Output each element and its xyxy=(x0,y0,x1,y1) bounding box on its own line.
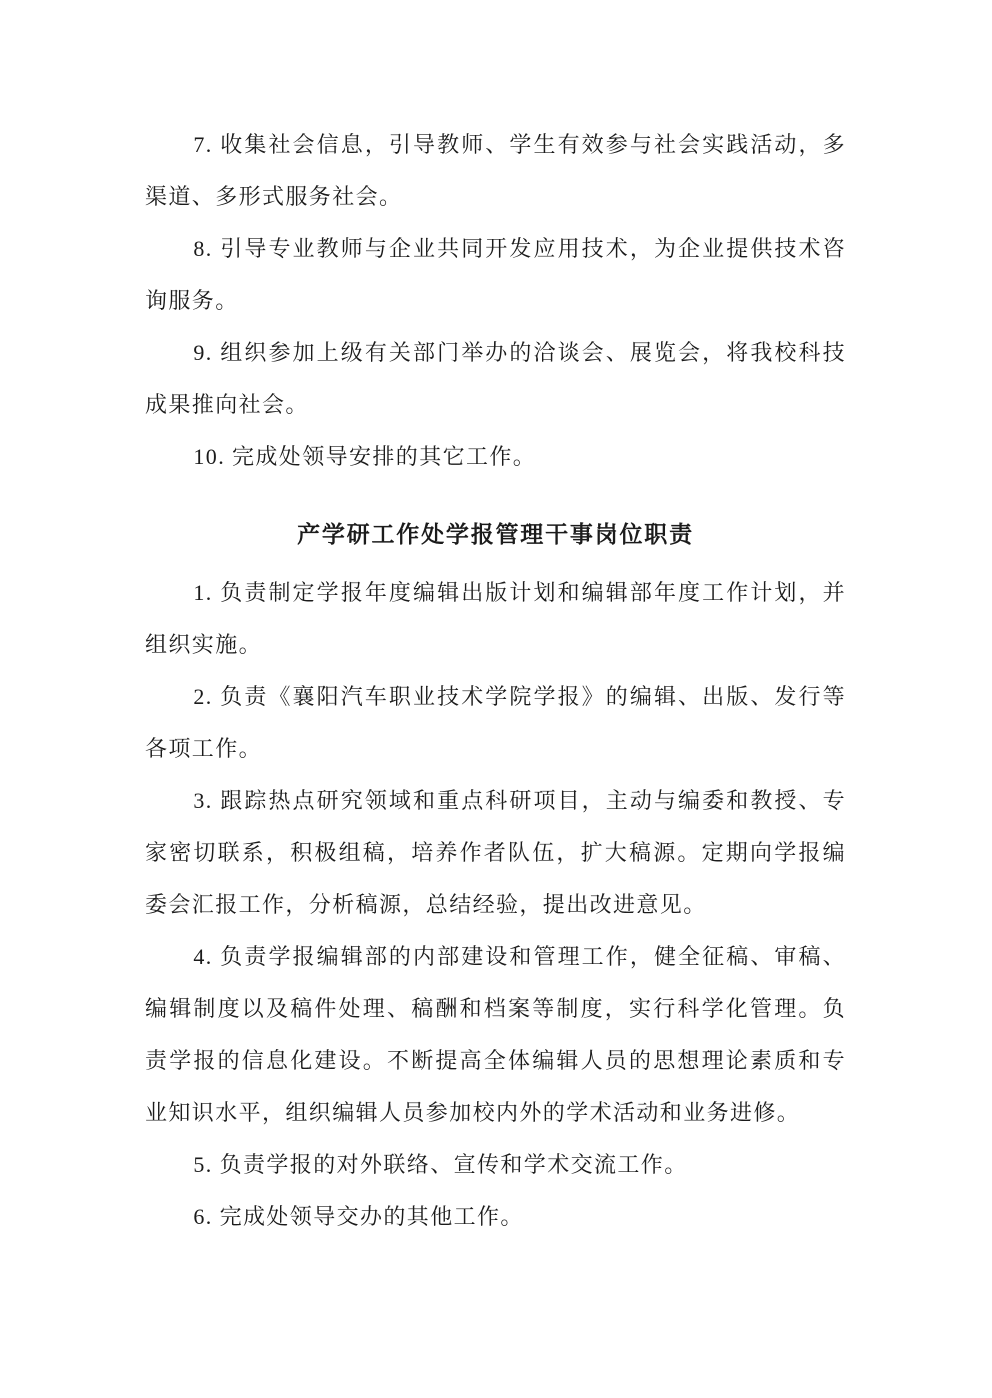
list-item-2: 2. 负责《襄阳汽车职业技术学院学报》的编辑、出版、发行等各项工作。 xyxy=(145,671,846,775)
list-item-1: 1. 负责制定学报年度编辑出版计划和编辑部年度工作计划，并组织实施。 xyxy=(145,567,846,671)
list-item-4: 4. 负责学报编辑部的内部建设和管理工作，健全征稿、审稿、编辑制度以及稿件处理、… xyxy=(145,931,846,1139)
list-item-3: 3. 跟踪热点研究领域和重点科研项目，主动与编委和教授、专家密切联系，积极组稿，… xyxy=(145,775,846,931)
document-body: 7. 收集社会信息，引导教师、学生有效参与社会实践活动，多渠道、多形式服务社会。… xyxy=(145,119,846,1243)
list-item-10: 10. 完成处领导安排的其它工作。 xyxy=(145,431,846,483)
list-item-9: 9. 组织参加上级有关部门举办的洽谈会、展览会，将我校科技成果推向社会。 xyxy=(145,327,846,431)
document-page: 7. 收集社会信息，引导教师、学生有效参与社会实践活动，多渠道、多形式服务社会。… xyxy=(0,0,992,1398)
list-item-5: 5. 负责学报的对外联络、宣传和学术交流工作。 xyxy=(145,1139,846,1191)
section-heading: 产学研工作处学报管理干事岗位职责 xyxy=(145,509,846,561)
list-item-7: 7. 收集社会信息，引导教师、学生有效参与社会实践活动，多渠道、多形式服务社会。 xyxy=(145,119,846,223)
list-item-8: 8. 引导专业教师与企业共同开发应用技术，为企业提供技术咨询服务。 xyxy=(145,223,846,327)
list-item-6: 6. 完成处领导交办的其他工作。 xyxy=(145,1191,846,1243)
